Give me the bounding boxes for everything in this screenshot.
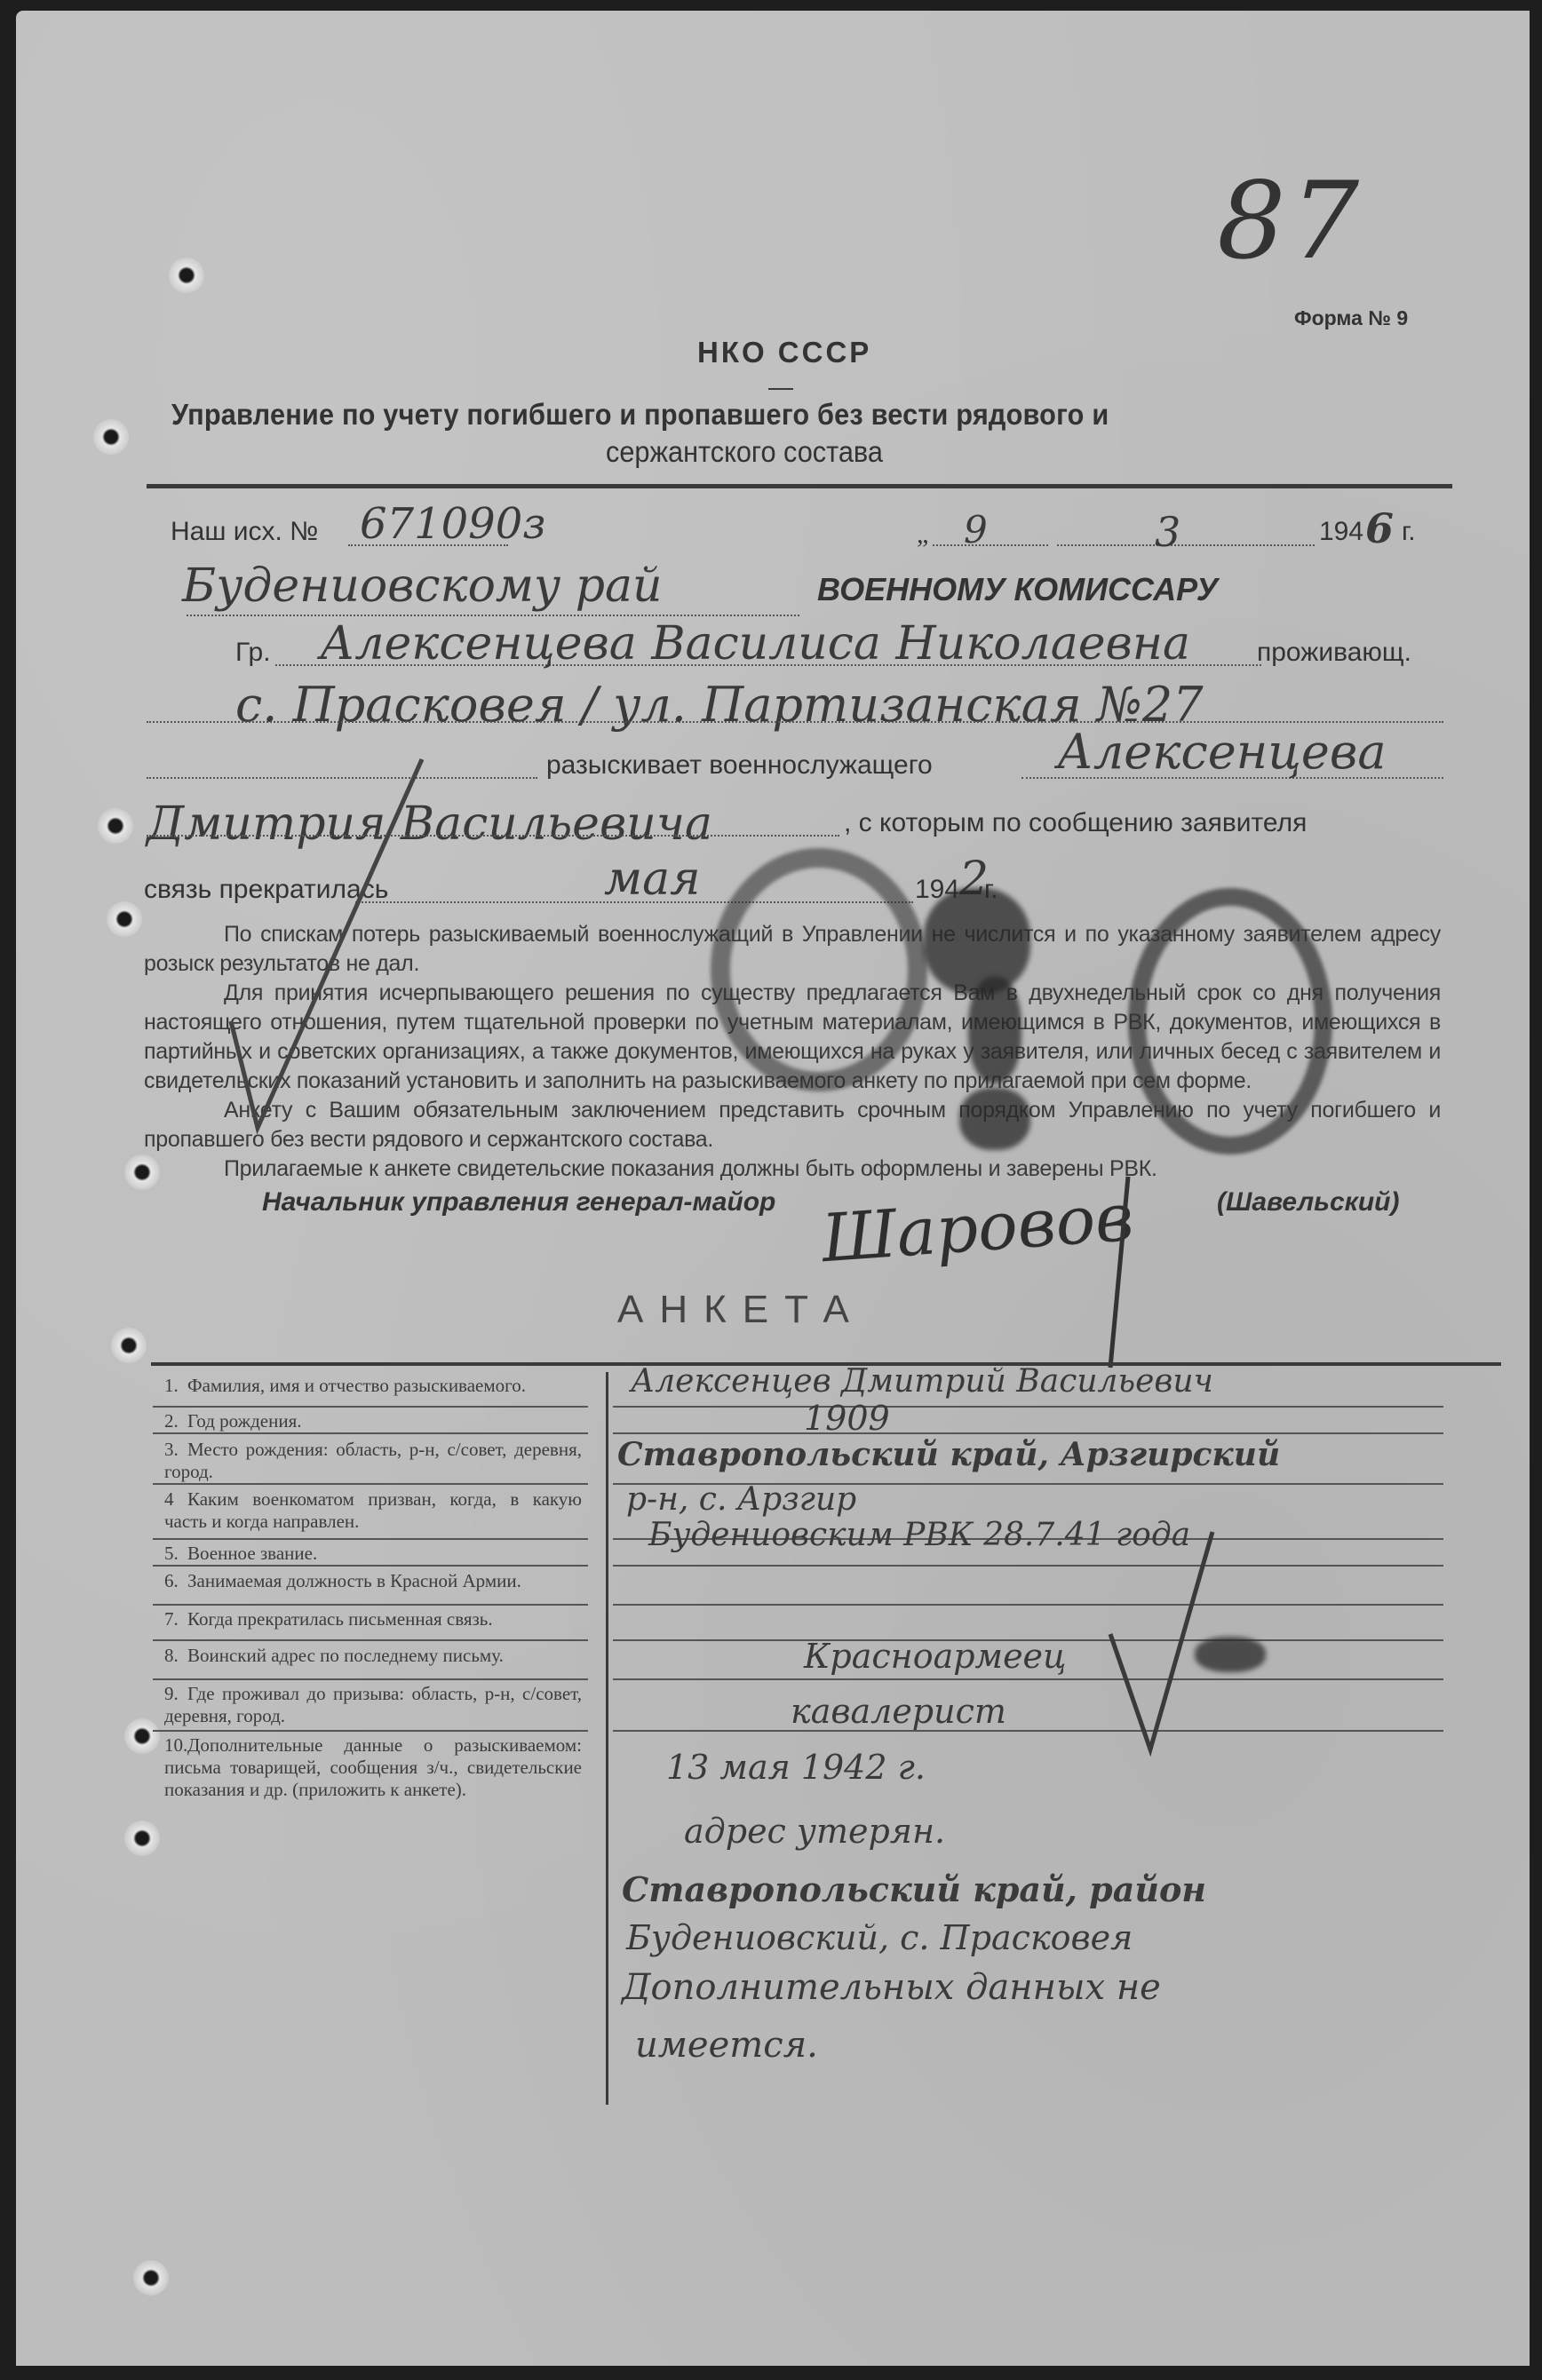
- question-9: 9.Где проживал до призыва: область, р-н,…: [164, 1683, 582, 1727]
- ink-stamp-right: [1128, 888, 1332, 1154]
- punch-hole-1: [169, 258, 204, 293]
- punch-hole-7: [124, 1718, 160, 1754]
- answer-divider-1: [613, 1406, 1443, 1408]
- searching-label: разыскивает военнослужащего: [546, 750, 933, 781]
- signatory-title: Начальник управления генерал-майор: [262, 1187, 775, 1218]
- row-divider-7: [153, 1639, 588, 1641]
- check-mark-large: [204, 755, 435, 1146]
- answer-divider-9: [613, 1730, 1443, 1732]
- question-5: 5.Военное звание.: [164, 1543, 582, 1565]
- row-divider-8: [153, 1678, 588, 1680]
- department-line-2: сержантского состава: [606, 435, 883, 469]
- date-day-value: 9: [964, 508, 988, 551]
- date-year-suffix: 6: [1365, 504, 1394, 552]
- question-10: 10.Дополнительные данные о разыскиваемом…: [164, 1734, 582, 1801]
- reporter-text: , с которым по сообщению заявителя: [844, 808, 1307, 838]
- answer-6-position: кавалерист: [791, 1692, 1006, 1731]
- punch-hole-9: [133, 2260, 169, 2296]
- questionnaire-title: АНКЕТА: [617, 1288, 865, 1332]
- answer-3-birthplace-line1: Ставропольский край, Арзгирский: [617, 1436, 1280, 1473]
- row-divider-3: [153, 1483, 588, 1485]
- question-7: 7.Когда прекратилась письменная связь.: [164, 1608, 582, 1630]
- date-month-value: 3: [1155, 508, 1180, 556]
- answer-3-birthplace-line2: р-н, с. Арзгир: [626, 1481, 856, 1518]
- ink-blot-center: [924, 888, 1030, 995]
- row-divider-2: [153, 1432, 588, 1434]
- form-number-label: Форма № 9: [1294, 306, 1408, 330]
- row-divider-1: [153, 1406, 588, 1408]
- answer-1-name: Алексенцев Дмитрий Васильевич: [631, 1363, 1213, 1400]
- question-6: 6.Занимаемая должность в Красной Армии.: [164, 1570, 582, 1592]
- row-divider-5: [153, 1565, 588, 1567]
- punch-hole-2: [93, 419, 129, 455]
- answer-divider-6: [613, 1604, 1443, 1606]
- punch-hole-8: [124, 1821, 160, 1856]
- date-quote-open: „: [917, 520, 928, 550]
- title-dash: [768, 388, 793, 390]
- answer-9-residence-line2: Будениовский, с. Прасковея: [626, 1918, 1133, 1957]
- org-title: НКО СССР: [697, 336, 871, 369]
- punch-hole-4: [107, 901, 142, 937]
- punch-hole-3: [98, 808, 133, 844]
- soldier-surname: Алексенцева: [1057, 724, 1387, 780]
- question-4: 4Каким военкоматом призван, когда, в как…: [164, 1488, 582, 1533]
- addressee-handwritten: Будениовскому рай: [182, 559, 663, 613]
- row-divider-9: [153, 1730, 588, 1732]
- date-year-prefix: 194: [1319, 517, 1363, 547]
- question-8: 8.Воинский адрес по последнему письму.: [164, 1645, 582, 1667]
- date-year-g: г.: [1402, 517, 1416, 547]
- header-divider: [147, 484, 1452, 488]
- ink-blot-lower: [959, 1088, 1030, 1150]
- ink-stamp-left: [711, 848, 927, 1091]
- answer-10-additional-line2: имеется.: [635, 2025, 818, 2066]
- row-divider-6: [153, 1604, 588, 1606]
- ink-blot-center-2: [968, 977, 1021, 1083]
- date-month-line: [1057, 544, 1315, 546]
- answer-7-last-contact: 13 мая 1942 г.: [666, 1748, 926, 1787]
- answer-divider-2: [613, 1432, 1443, 1434]
- row-divider-4: [153, 1538, 588, 1540]
- answer-9-residence-line1: Ставропольский край, район: [622, 1869, 1206, 1909]
- citizen-prefix: Гр.: [235, 638, 271, 668]
- lost-contact-month: мая: [604, 853, 701, 906]
- residing-label: проживающ.: [1257, 638, 1411, 668]
- question-1: 1.Фамилия, имя и отчество разыскиваемого…: [164, 1375, 582, 1397]
- addressee-line: [187, 615, 799, 616]
- date-day-line: [933, 544, 1048, 546]
- ink-blot-answers: [1195, 1637, 1266, 1672]
- outgoing-number-label: Наш исх. №: [171, 517, 318, 547]
- department-line-1: Управление по учету погибшего и пропавше…: [171, 398, 1109, 432]
- questionnaire-column-divider: [606, 1372, 608, 2105]
- paragraph-attachments: Прилагаемые к анкете свидетельские показ…: [144, 1154, 1441, 1184]
- question-2: 2.Год рождения.: [164, 1410, 582, 1432]
- question-3: 3.Место рождения: область, р-н, с/совет,…: [164, 1439, 582, 1483]
- addressee-printed: ВОЕННОМУ КОМИССАРУ: [817, 571, 1218, 608]
- answer-8-military-address: адрес утерян.: [684, 1812, 945, 1851]
- answer-10-additional-line1: Дополнительных данных не: [622, 1967, 1161, 2008]
- sheet-number: 87: [1204, 160, 1376, 283]
- citizen-name: Алексенцева Василиса Николаевна: [320, 617, 1190, 670]
- outgoing-number-value: 671090з: [360, 499, 545, 549]
- signatory-name: (Шавельский): [1217, 1187, 1399, 1218]
- address-line: [147, 721, 1443, 723]
- answer-2-birth-year: 1909: [804, 1399, 890, 1438]
- punch-hole-6: [111, 1328, 147, 1363]
- answer-divider-5: [613, 1565, 1443, 1567]
- answer-5-rank: Красноармеец: [804, 1637, 1067, 1676]
- answer-divider-8: [613, 1678, 1443, 1680]
- signature-stroke: [1101, 1172, 1137, 1376]
